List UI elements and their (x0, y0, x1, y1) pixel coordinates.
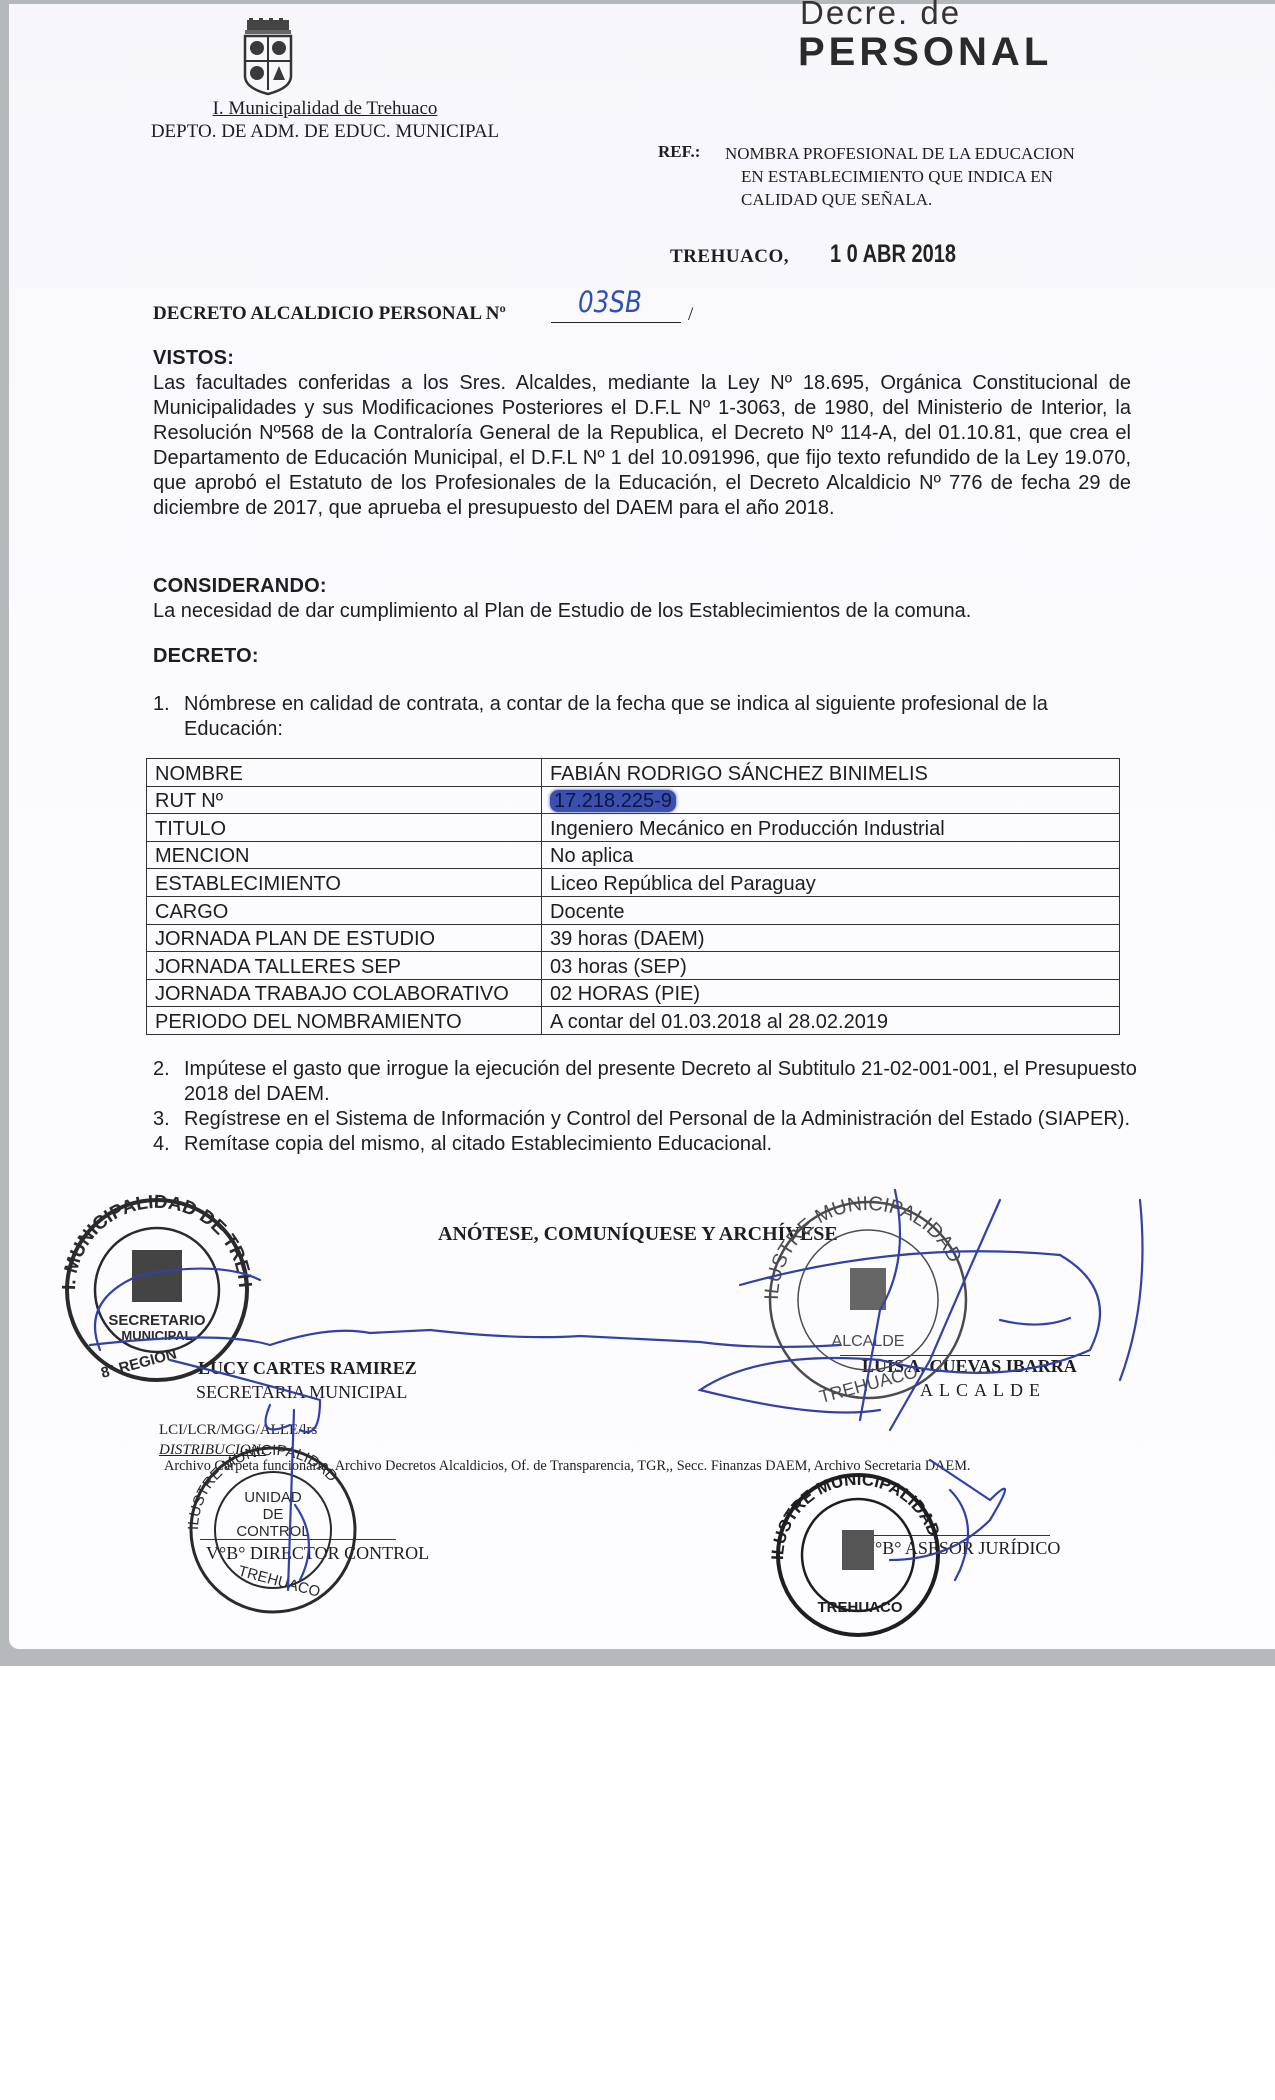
considerando-paragraph: La necesidad de dar cumplimiento al Plan… (153, 599, 1131, 624)
mayor-role: ALCALDE (920, 1380, 1046, 1401)
distribution-list: Archivo Carpeta funcionario, Archivo Dec… (164, 1458, 971, 1475)
decree-item-text: Remítase copia del mismo, al citado Esta… (184, 1132, 1138, 1157)
table-value: No aplica (542, 841, 1120, 869)
decree-item-number: 1. (153, 692, 184, 742)
closing-formula: ANÓTESE, COMUNÍQUESE Y ARCHÍVESE (438, 1223, 838, 1246)
table-label: MENCION (147, 841, 542, 869)
appointment-table: NOMBREFABIÁN RODRIGO SÁNCHEZ BINIMELIS R… (146, 758, 1120, 1035)
table-label: PERIODO DEL NOMBRAMIENTO (147, 1007, 542, 1035)
reference-line: CALIDAD QUE SEÑALA. (741, 188, 1147, 211)
vistos-heading: VISTOS: (153, 347, 234, 370)
date-stamp: 1 0 ABR 2018 (830, 240, 956, 269)
table-label: NOMBRE (147, 759, 542, 787)
table-label: ESTABLECIMIENTO (147, 869, 542, 897)
table-label: JORNADA TALLERES SEP (147, 952, 542, 980)
table-label: TITULO (147, 814, 542, 842)
table-value: A contar del 01.03.2018 al 28.02.2019 (542, 1007, 1120, 1035)
decree-item-list: 2. Impútese el gasto que irrogue la ejec… (153, 1057, 1138, 1157)
decree-item-number: 4. (153, 1132, 184, 1157)
reference-line: NOMBRA PROFESIONAL DE LA EDUCACION (725, 142, 1147, 165)
decree-item: 1. Nómbrese en calidad de contrata, a co… (153, 692, 1138, 742)
department-name: DEPTO. DE ADM. DE EDUC. MUNICIPAL (150, 121, 500, 143)
table-row: JORNADA PLAN DE ESTUDIO39 horas (DAEM) (147, 924, 1120, 952)
city-label: TREHUACO, (670, 246, 789, 268)
decree-item-text: Regístrese en el Sistema de Información … (184, 1107, 1138, 1132)
table-label: RUT Nº (147, 786, 542, 814)
table-row: TITULOIngeniero Mecánico en Producción I… (147, 814, 1120, 842)
distribution-heading: DISTRIBUCION: (159, 1442, 266, 1459)
table-value: 02 HORAS (PIE) (542, 979, 1120, 1007)
table-value: Docente (542, 896, 1120, 924)
reference-line: EN ESTABLECIMIENTO QUE INDICA EN (741, 165, 1147, 188)
secretary-role: SECRETARIA MUNICIPAL (196, 1382, 407, 1403)
municipality-name: I. Municipalidad de Trehuaco (150, 98, 500, 120)
decree-item: 2. Impútese el gasto que irrogue la ejec… (153, 1057, 1138, 1107)
control-signature-line (200, 1539, 396, 1540)
decree-number-label: DECRETO ALCALDICIO PERSONAL Nº (153, 303, 506, 325)
table-label: JORNADA TRABAJO COLABORATIVO (147, 979, 542, 1007)
secretary-name: LUCY CARTES RAMIREZ (198, 1358, 417, 1379)
reference-text: NOMBRA PROFESIONAL DE LA EDUCACION EN ES… (727, 142, 1147, 211)
table-row: RUT Nº17.218.225-9 (147, 786, 1120, 814)
table-label: CARGO (147, 896, 542, 924)
mayor-name: LUIS A. CUEVAS IBARRA (862, 1356, 1077, 1377)
control-approval-label: V°B° DIRECTOR CONTROL (206, 1543, 429, 1564)
decree-item-number: 3. (153, 1107, 184, 1132)
decree-number-handwritten: 03SB (578, 285, 642, 319)
redacted-rut: 17.218.225-9 (550, 790, 676, 812)
decree-number-line (551, 322, 681, 323)
table-row: NOMBREFABIÁN RODRIGO SÁNCHEZ BINIMELIS (147, 759, 1120, 787)
decree-item: 3. Regístrese en el Sistema de Informaci… (153, 1107, 1138, 1132)
table-label: JORNADA PLAN DE ESTUDIO (147, 924, 542, 952)
author-initials: LCI/LCR/MGG/ALLE/lrs (159, 1422, 317, 1439)
table-value: Ingeniero Mecánico en Producción Industr… (542, 814, 1120, 842)
decree-number-suffix: / (688, 304, 693, 326)
table-row: PERIODO DEL NOMBRAMIENTOA contar del 01.… (147, 1007, 1120, 1035)
table-value: FABIÁN RODRIGO SÁNCHEZ BINIMELIS (542, 759, 1120, 787)
table-row: JORNADA TALLERES SEP03 horas (SEP) (147, 952, 1120, 980)
decree-type-stamp-line2: PERSONAL (798, 30, 1052, 75)
table-value: Liceo República del Paraguay (542, 869, 1120, 897)
decree-type-stamp-line1: Decre. de (800, 0, 961, 32)
decree-item-list: 1. Nómbrese en calidad de contrata, a co… (153, 692, 1138, 742)
decree-item-number: 2. (153, 1057, 184, 1107)
legal-approval-label: V°B° ASESOR JURÍDICO (862, 1538, 1060, 1559)
decree-item: 4. Remítase copia del mismo, al citado E… (153, 1132, 1138, 1157)
table-row: MENCIONNo aplica (147, 841, 1120, 869)
table-row: JORNADA TRABAJO COLABORATIVO02 HORAS (PI… (147, 979, 1120, 1007)
decree-item-text: Nómbrese en calidad de contrata, a conta… (184, 692, 1138, 742)
reference-label: REF.: (658, 142, 700, 162)
table-value: 03 horas (SEP) (542, 952, 1120, 980)
legal-signature-line (860, 1535, 1050, 1536)
table-row: CARGODocente (147, 896, 1120, 924)
table-row: ESTABLECIMIENTOLiceo República del Parag… (147, 869, 1120, 897)
table-value-rut: 17.218.225-9 (542, 786, 1120, 814)
table-value: 39 horas (DAEM) (542, 924, 1120, 952)
municipal-crest-icon (237, 18, 299, 96)
decreto-heading: DECRETO: (153, 645, 259, 668)
decree-item-text: Impútese el gasto que irrogue la ejecuci… (184, 1057, 1138, 1107)
vistos-paragraph: Las facultades conferidas a los Sres. Al… (153, 371, 1131, 521)
considerando-heading: CONSIDERANDO: (153, 575, 327, 598)
